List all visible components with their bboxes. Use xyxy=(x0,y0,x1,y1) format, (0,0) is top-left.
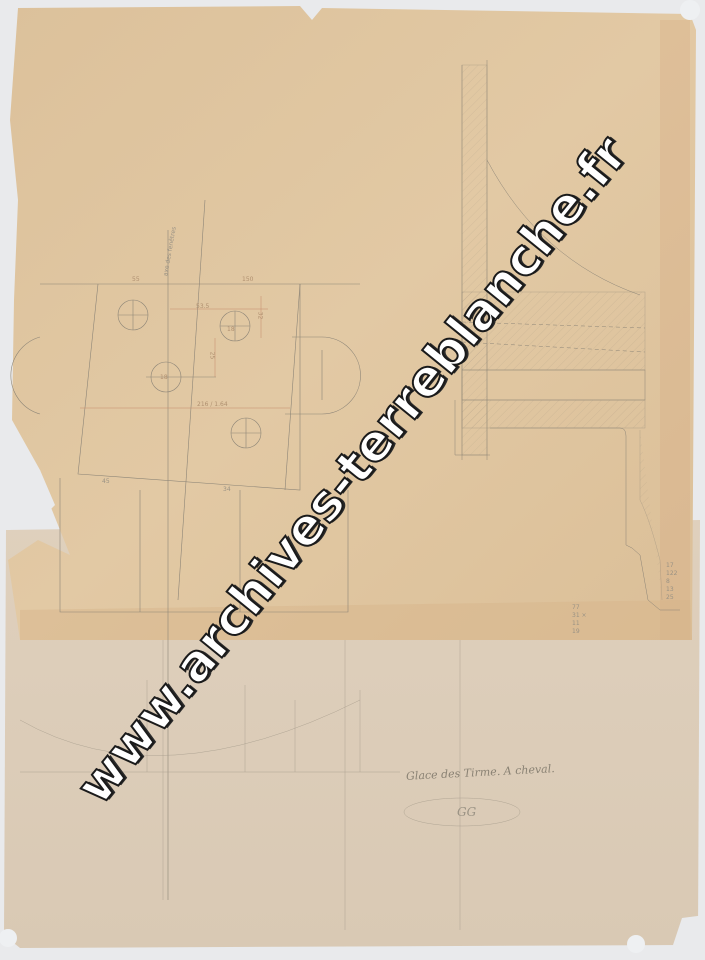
dimension-label-bottom-left: 45 xyxy=(102,478,110,485)
dimension-label-bottom-mid: 34 xyxy=(223,486,231,493)
scanned-drawing: 55 150 53.5 32 25 18 18 216 / 1.64 axe d… xyxy=(0,0,705,960)
margin-note: 31 × xyxy=(572,612,587,619)
dimension-label-vertical-right: 32 xyxy=(256,312,263,320)
dimension-label-horizontal: 53.5 xyxy=(196,303,209,310)
margin-note: 8 xyxy=(666,578,670,585)
dimension-label-top-right: 150 xyxy=(242,276,253,283)
diameter-label-small: 18 xyxy=(160,374,168,381)
diameter-label-large: 18 xyxy=(227,326,235,333)
margin-note: 122 xyxy=(666,570,677,577)
margin-note: 11 xyxy=(572,620,580,627)
dimension-label-lower-note: 216 / 1.64 xyxy=(197,401,228,408)
signature-mark: GG xyxy=(457,805,476,819)
dimension-label-vertical-left: 25 xyxy=(208,352,215,360)
dimension-label-top-left: 55 xyxy=(132,276,140,283)
margin-note: 13 xyxy=(666,586,674,593)
margin-note: 77 xyxy=(572,604,580,611)
margin-note: 19 xyxy=(572,628,580,635)
margin-note: 17 xyxy=(666,562,674,569)
margin-note: 25 xyxy=(666,594,674,601)
